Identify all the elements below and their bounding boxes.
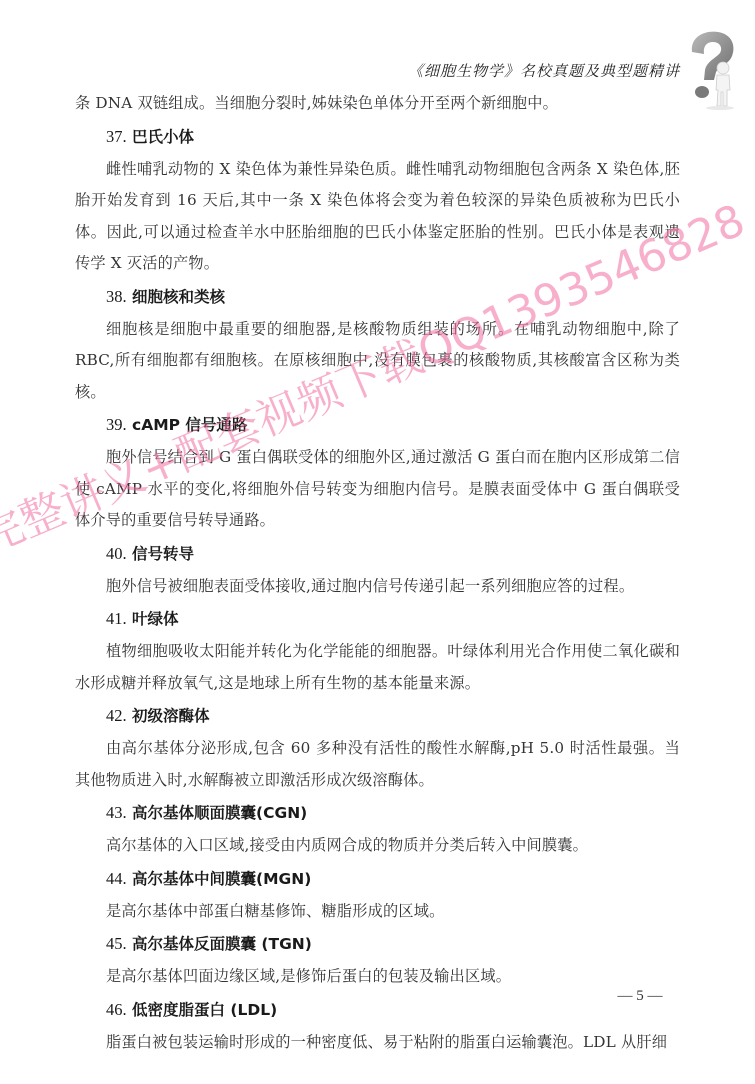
entry-heading: 37. 巴氏小体 [75, 120, 680, 154]
entry-43: 43. 高尔基体顺面膜囊(CGN) 高尔基体的入口区域,接受由内质网合成的物质并… [75, 796, 680, 862]
entry-heading: 45. 高尔基体反面膜囊 (TGN) [75, 927, 680, 961]
entry-body: 胞外信号结合到 G 蛋白偶联受体的细胞外区,通过激活 G 蛋白而在胞内区形成第二… [75, 442, 680, 537]
entry-heading: 40. 信号转导 [75, 537, 680, 571]
page-number: — 5 — [600, 988, 680, 1005]
entry-body: 是高尔基体凹面边缘区域,是修饰后蛋白的包装及输出区域。 [75, 961, 680, 993]
entry-heading: 44. 高尔基体中间膜囊(MGN) [75, 862, 680, 896]
entry-heading: 39. cAMP 信号通路 [75, 408, 680, 442]
entry-39: 39. cAMP 信号通路 胞外信号结合到 G 蛋白偶联受体的细胞外区,通过激活… [75, 408, 680, 537]
entry-body: 由高尔基体分泌形成,包含 60 多种没有活性的酸性水解酶,pH 5.0 时活性最… [75, 733, 680, 796]
entry-41: 41. 叶绿体 植物细胞吸收太阳能并转化为化学能能的细胞器。叶绿体利用光合作用使… [75, 602, 680, 699]
entry-heading: 46. 低密度脂蛋白 (LDL) [75, 993, 680, 1027]
entry-38: 38. 细胞核和类核 细胞核是细胞中最重要的细胞器,是核酸物质组装的场所。在哺乳… [75, 280, 680, 409]
entry-heading: 41. 叶绿体 [75, 602, 680, 636]
entry-heading: 43. 高尔基体顺面膜囊(CGN) [75, 796, 680, 830]
entry-body: 是高尔基体中部蛋白糖基修饰、糖脂形成的区域。 [75, 896, 680, 928]
entry-46: 46. 低密度脂蛋白 (LDL) 脂蛋白被包装运输时形成的一种密度低、易于粘附的… [75, 993, 680, 1059]
entry-40: 40. 信号转导 胞外信号被细胞表面受体接收,通过胞内信号传递引起一系列细胞应答… [75, 537, 680, 603]
entry-44: 44. 高尔基体中间膜囊(MGN) 是高尔基体中部蛋白糖基修饰、糖脂形成的区域。 [75, 862, 680, 928]
entry-body: 脂蛋白被包装运输时形成的一种密度低、易于粘附的脂蛋白运输囊泡。LDL 从肝细 [75, 1027, 680, 1059]
entry-body: 植物细胞吸收太阳能并转化为化学能能的细胞器。叶绿体利用光合作用使二氧化碳和水形成… [75, 636, 680, 699]
page-content: 条 DNA 双链组成。当细胞分裂时,姊妹染色单体分开至两个新细胞中。 37. 巴… [75, 88, 680, 1058]
entry-42: 42. 初级溶酶体 由高尔基体分泌形成,包含 60 多种没有活性的酸性水解酶,p… [75, 699, 680, 796]
continuation-paragraph: 条 DNA 双链组成。当细胞分裂时,姊妹染色单体分开至两个新细胞中。 [75, 88, 680, 120]
entry-body: 胞外信号被细胞表面受体接收,通过胞内信号传递引起一系列细胞应答的过程。 [75, 571, 680, 603]
entry-body: 雌性哺乳动物的 X 染色体为兼性异染色质。雌性哺乳动物细胞包含两条 X 染色体,… [75, 154, 680, 280]
entry-45: 45. 高尔基体反面膜囊 (TGN) 是高尔基体凹面边缘区域,是修饰后蛋白的包装… [75, 927, 680, 993]
entry-body: 细胞核是细胞中最重要的细胞器,是核酸物质组装的场所。在哺乳动物细胞中,除了 RB… [75, 314, 680, 409]
entry-heading: 42. 初级溶酶体 [75, 699, 680, 733]
entry-37: 37. 巴氏小体 雌性哺乳动物的 X 染色体为兼性异染色质。雌性哺乳动物细胞包含… [75, 120, 680, 280]
book-title-header: 《细胞生物学》名校真题及典型题精讲 [405, 60, 680, 81]
question-mark-person-icon [680, 28, 740, 110]
entry-heading: 38. 细胞核和类核 [75, 280, 680, 314]
entry-body: 高尔基体的入口区域,接受由内质网合成的物质并分类后转入中间膜囊。 [75, 830, 680, 862]
